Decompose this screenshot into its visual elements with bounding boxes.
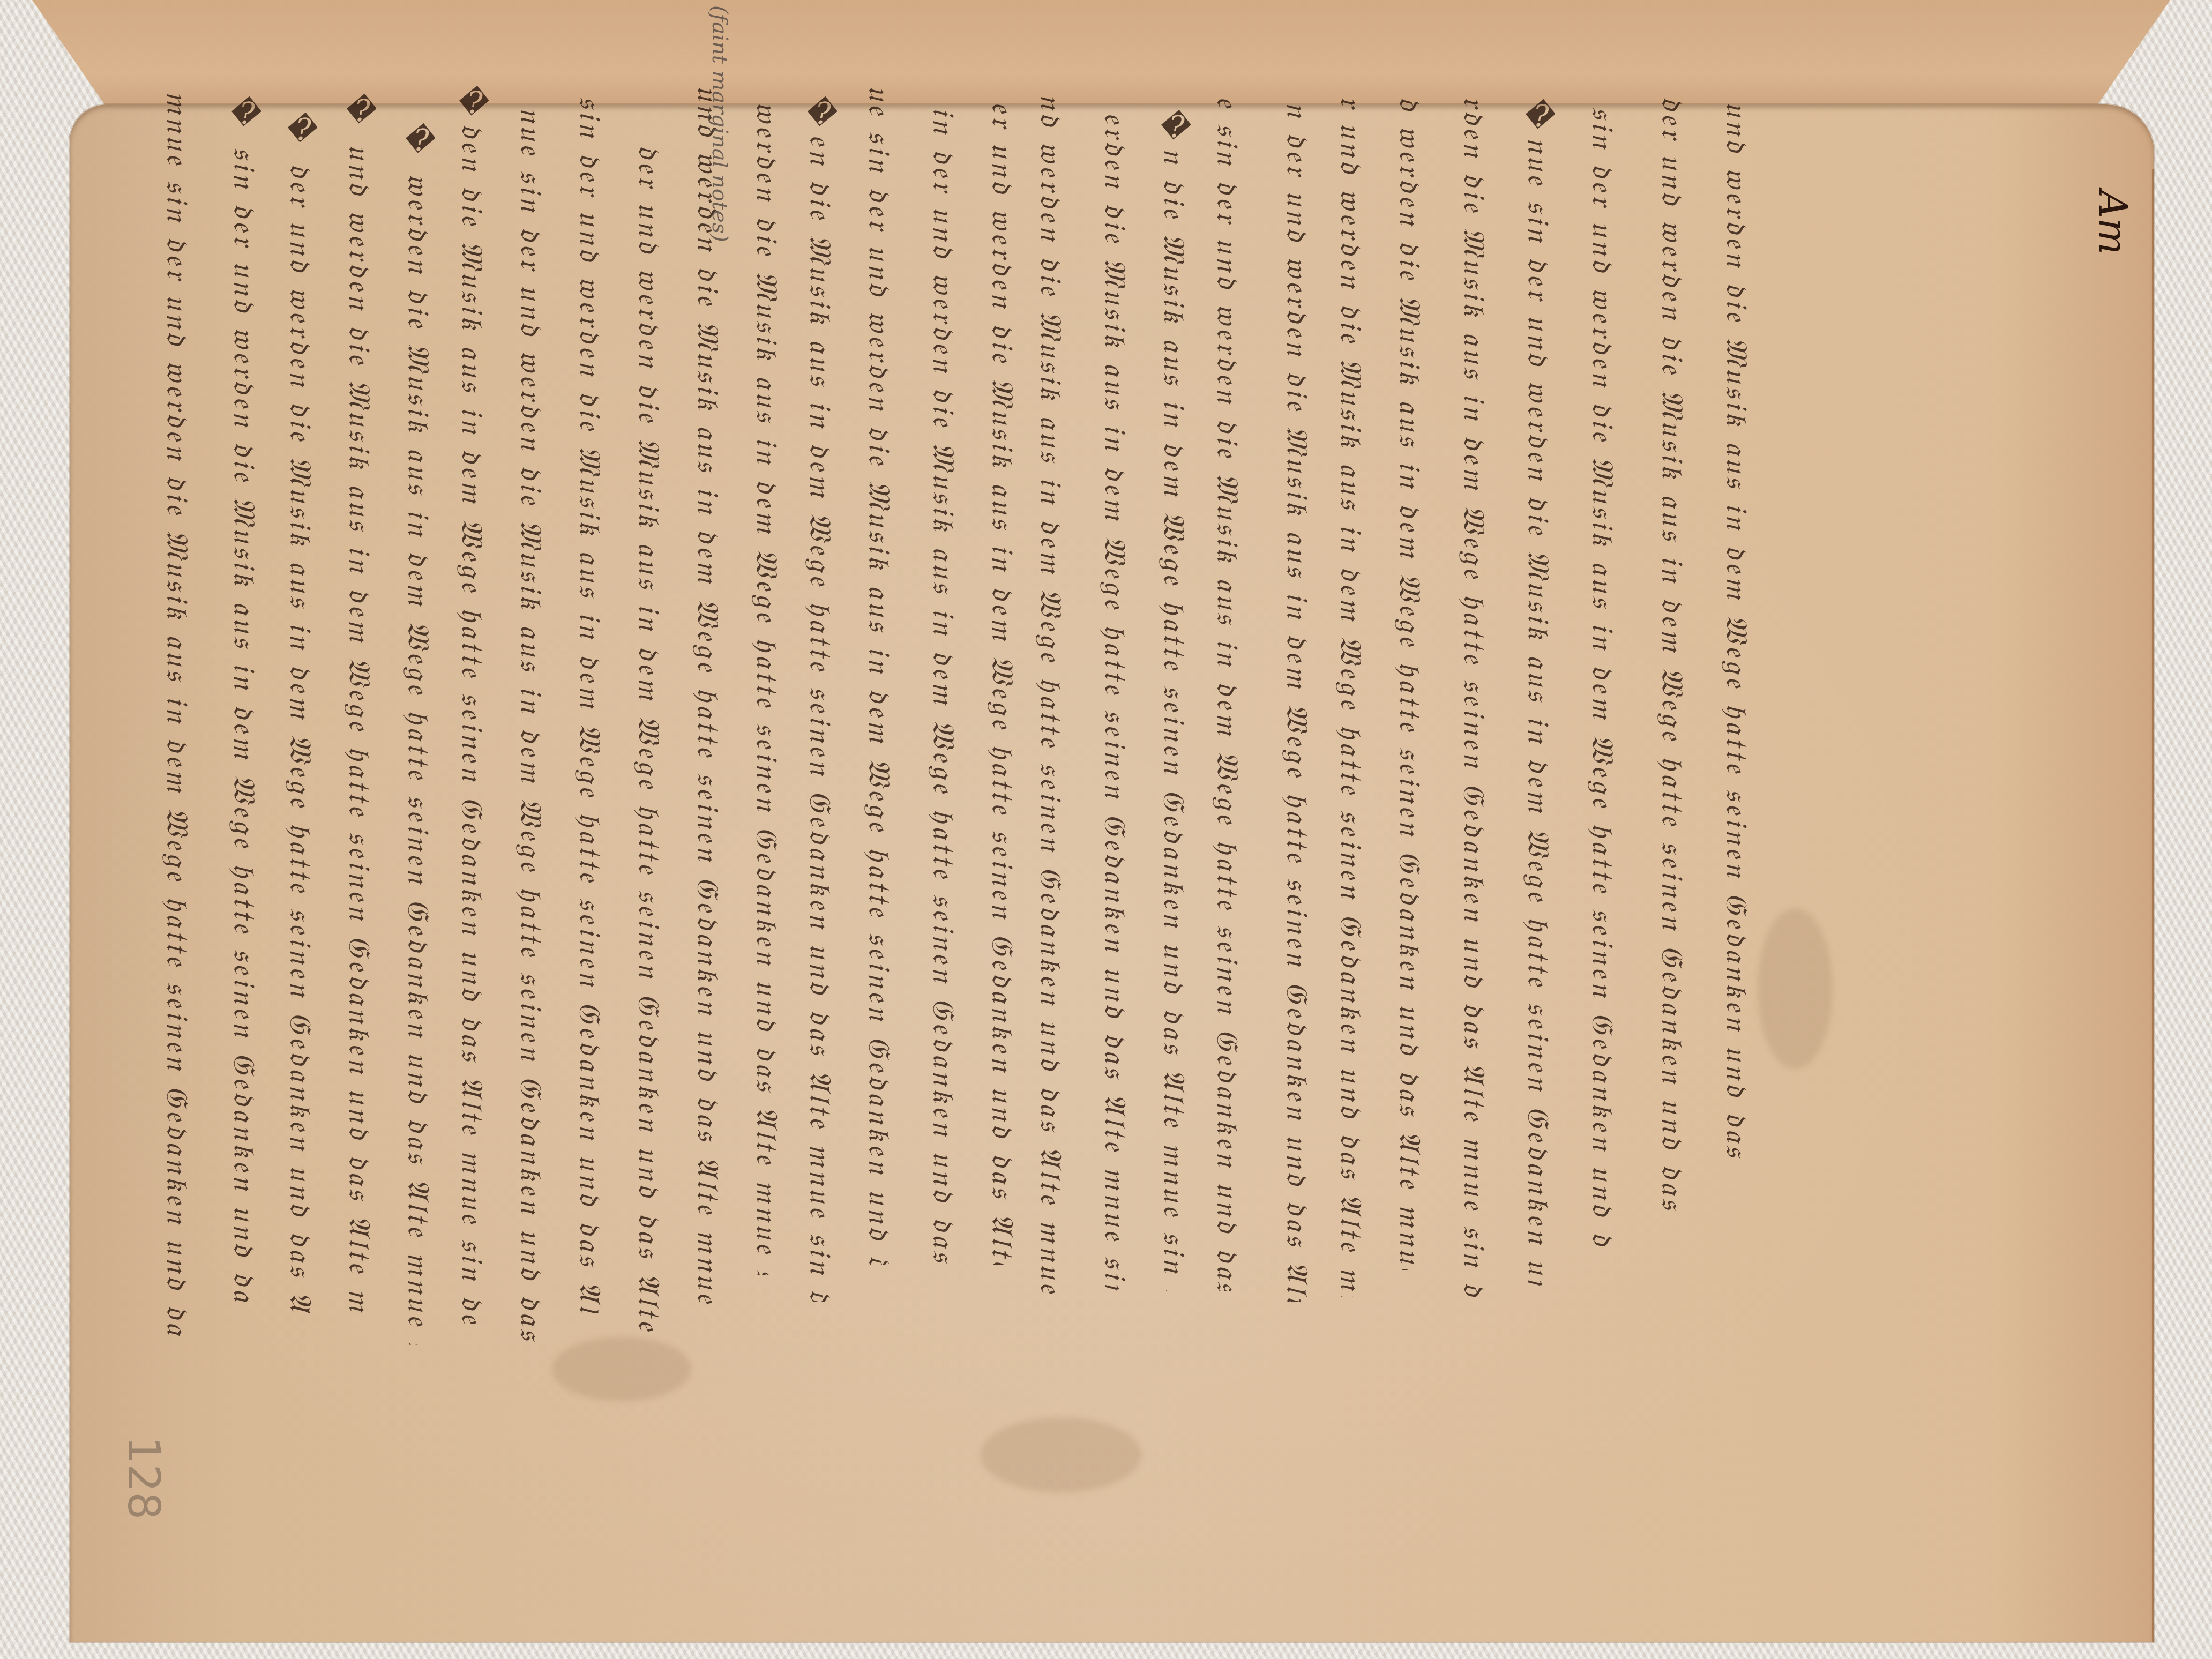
handwritten-line: 𝔦𝔫 𝔡𝔢𝔯 𝔲𝔫𝔡 𝔴𝔢𝔯𝔡𝔢𝔫 𝔡𝔦𝔢 𝔐𝔲𝔰𝔦𝔨 𝔞𝔲𝔰 𝔦𝔫 𝔡𝔢𝔪 𝔚… bbox=[926, 107, 960, 1281]
handwritten-text-block: 𝔪𝔫𝔲𝔢 𝔰𝔦𝔫 𝔡𝔢𝔯 𝔲𝔫𝔡 𝔴𝔢𝔯𝔡𝔢𝔫 𝔡𝔦𝔢 𝔐𝔲𝔰𝔦𝔨 𝔞𝔲𝔰 𝔦𝔫… bbox=[70, 104, 2154, 1642]
handwritten-line: 𝔯 𝔲𝔫𝔡 𝔴𝔢𝔯𝔡𝔢𝔫 𝔡𝔦𝔢 𝔐𝔲𝔰𝔦𝔨 𝔞𝔲𝔰 𝔦𝔫 𝔡𝔢𝔪 𝔚𝔢𝔤𝔢 𝔥… bbox=[1333, 96, 1367, 1297]
handwritten-line: 𝔲𝔫𝔡 𝔴𝔢𝔯𝔡𝔢𝔫 𝔡𝔦𝔢 𝔐𝔲𝔰𝔦𝔨 𝔞𝔲𝔰 𝔦𝔫 𝔡𝔢𝔪 𝔚𝔢𝔤𝔢 𝔥𝔞𝔱… bbox=[1719, 102, 1753, 1174]
handwritten-line: 𝔡𝔢𝔯 𝔲𝔫𝔡 𝔴𝔢𝔯𝔡𝔢𝔫 𝔡𝔦𝔢 𝔐𝔲𝔰𝔦𝔨 𝔞𝔲𝔰 𝔦𝔫 𝔡𝔢𝔪 𝔚𝔢𝔤𝔢… bbox=[631, 145, 666, 1334]
handwritten-line: � 𝔰𝔦𝔫 𝔡𝔢𝔯 𝔲𝔫𝔡 𝔴𝔢𝔯𝔡𝔢𝔫 𝔡𝔦𝔢 𝔐𝔲𝔰𝔦𝔨 𝔞𝔲𝔰 𝔦𝔫 𝔡𝔢… bbox=[227, 96, 261, 1302]
handwritten-line: 𝔢𝔯 𝔲𝔫𝔡 𝔴𝔢𝔯𝔡𝔢𝔫 𝔡𝔦𝔢 𝔐𝔲𝔰𝔦𝔨 𝔞𝔲𝔰 𝔦𝔫 𝔡𝔢𝔪 𝔚𝔢𝔤𝔢 … bbox=[985, 102, 1019, 1265]
marginal-note: (faint marginal notes) bbox=[707, 5, 732, 242]
handwritten-line: �𝔫𝔲𝔢 𝔰𝔦𝔫 𝔡𝔢𝔯 𝔲𝔫𝔡 𝔴𝔢𝔯𝔡𝔢𝔫 𝔡𝔦𝔢 𝔐𝔲𝔰𝔦𝔨 𝔞𝔲𝔰 𝔦𝔫… bbox=[1521, 99, 1555, 1286]
handwritten-line: 𝔫𝔡 𝔴𝔢𝔯𝔡𝔢𝔫 𝔡𝔦𝔢 𝔐𝔲𝔰𝔦𝔨 𝔞𝔲𝔰 𝔦𝔫 𝔡𝔢𝔪 𝔚𝔢𝔤𝔢 𝔥𝔞𝔱𝔱… bbox=[1033, 94, 1067, 1297]
handwritten-line: 𝔪𝔫𝔲𝔢 𝔰𝔦𝔫 𝔡𝔢𝔯 𝔲𝔫𝔡 𝔴𝔢𝔯𝔡𝔢𝔫 𝔡𝔦𝔢 𝔐𝔲𝔰𝔦𝔨 𝔞𝔲𝔰 𝔦𝔫… bbox=[160, 91, 194, 1340]
handwritten-line: 𝔢𝔯𝔡𝔢𝔫 𝔡𝔦𝔢 𝔐𝔲𝔰𝔦𝔨 𝔞𝔲𝔰 𝔦𝔫 𝔡𝔢𝔪 𝔚𝔢𝔤𝔢 𝔥𝔞𝔱𝔱𝔢 𝔰𝔢… bbox=[1097, 113, 1132, 1291]
book: 𝔪𝔫𝔲𝔢 𝔰𝔦𝔫 𝔡𝔢𝔯 𝔲𝔫𝔡 𝔴𝔢𝔯𝔡𝔢𝔫 𝔡𝔦𝔢 𝔐𝔲𝔰𝔦𝔨 𝔞𝔲𝔰 𝔦𝔫… bbox=[32, 0, 2170, 1659]
handwritten-line: 𝔢 𝔰𝔦𝔫 𝔡𝔢𝔯 𝔲𝔫𝔡 𝔴𝔢𝔯𝔡𝔢𝔫 𝔡𝔦𝔢 𝔐𝔲𝔰𝔦𝔨 𝔞𝔲𝔰 𝔦𝔫 𝔡𝔢… bbox=[1210, 96, 1244, 1291]
handwritten-line: 𝔯𝔡𝔢𝔫 𝔡𝔦𝔢 𝔐𝔲𝔰𝔦𝔨 𝔞𝔲𝔰 𝔦𝔫 𝔡𝔢𝔪 𝔚𝔢𝔤𝔢 𝔥𝔞𝔱𝔱𝔢 𝔰𝔢𝔦… bbox=[1456, 96, 1491, 1302]
handwritten-line: �𝔢𝔫 𝔡𝔦𝔢 𝔐𝔲𝔰𝔦𝔨 𝔞𝔲𝔰 𝔦𝔫 𝔡𝔢𝔪 𝔚𝔢𝔤𝔢 𝔥𝔞𝔱𝔱𝔢 𝔰𝔢𝔦𝔫… bbox=[803, 96, 837, 1302]
handwritten-line: 𝔰𝔦𝔫 𝔡𝔢𝔯 𝔲𝔫𝔡 𝔴𝔢𝔯𝔡𝔢𝔫 𝔡𝔦𝔢 𝔐𝔲𝔰𝔦𝔨 𝔞𝔲𝔰 𝔦𝔫 𝔡𝔢𝔪 … bbox=[572, 96, 607, 1313]
handwritten-line: � 𝔲𝔫𝔡 𝔴𝔢𝔯𝔡𝔢𝔫 𝔡𝔦𝔢 𝔐𝔲𝔰𝔦𝔨 𝔞𝔲𝔰 𝔦𝔫 𝔡𝔢𝔪 𝔚𝔢𝔤𝔢 𝔥… bbox=[342, 94, 376, 1318]
handwritten-line: � 𝔴𝔢𝔯𝔡𝔢𝔫 𝔡𝔦𝔢 𝔐𝔲𝔰𝔦𝔨 𝔞𝔲𝔰 𝔦𝔫 𝔡𝔢𝔪 𝔚𝔢𝔤𝔢 𝔥𝔞𝔱𝔱𝔢… bbox=[401, 123, 435, 1345]
page-number: 128 bbox=[118, 1436, 169, 1520]
handwritten-line: �𝔡𝔢𝔫 𝔡𝔦𝔢 𝔐𝔲𝔰𝔦𝔨 𝔞𝔲𝔰 𝔦𝔫 𝔡𝔢𝔪 𝔚𝔢𝔤𝔢 𝔥𝔞𝔱𝔱𝔢 𝔰𝔢𝔦… bbox=[454, 86, 489, 1324]
handwritten-line: � 𝔡𝔢𝔯 𝔲𝔫𝔡 𝔴𝔢𝔯𝔡𝔢𝔫 𝔡𝔦𝔢 𝔐𝔲𝔰𝔦𝔨 𝔞𝔲𝔰 𝔦𝔫 𝔡𝔢𝔪 𝔚𝔢… bbox=[283, 113, 317, 1313]
handwritten-line: �𝔫 𝔡𝔦𝔢 𝔐𝔲𝔰𝔦𝔨 𝔞𝔲𝔰 𝔦𝔫 𝔡𝔢𝔪 𝔚𝔢𝔤𝔢 𝔥𝔞𝔱𝔱𝔢 𝔰𝔢𝔦𝔫𝔢… bbox=[1156, 110, 1191, 1291]
handwritten-line: 𝔡𝔢𝔯 𝔲𝔫𝔡 𝔴𝔢𝔯𝔡𝔢𝔫 𝔡𝔦𝔢 𝔐𝔲𝔰𝔦𝔨 𝔞𝔲𝔰 𝔦𝔫 𝔡𝔢𝔪 𝔚𝔢𝔤𝔢… bbox=[1655, 96, 1689, 1222]
catchword: Am bbox=[2093, 190, 2135, 255]
handwritten-line: 𝔲𝔫𝔡 𝔴𝔢𝔯𝔡𝔢𝔫 𝔡𝔦𝔢 𝔐𝔲𝔰𝔦𝔨 𝔞𝔲𝔰 𝔦𝔫 𝔡𝔢𝔪 𝔚𝔢𝔤𝔢 𝔥𝔞𝔱… bbox=[690, 86, 724, 1313]
handwritten-line: 𝔲𝔢 𝔰𝔦𝔫 𝔡𝔢𝔯 𝔲𝔫𝔡 𝔴𝔢𝔯𝔡𝔢𝔫 𝔡𝔦𝔢 𝔐𝔲𝔰𝔦𝔨 𝔞𝔲𝔰 𝔦𝔫 𝔡… bbox=[862, 86, 896, 1265]
handwritten-line: 𝔫 𝔡𝔢𝔯 𝔲𝔫𝔡 𝔴𝔢𝔯𝔡𝔢𝔫 𝔡𝔦𝔢 𝔐𝔲𝔰𝔦𝔨 𝔞𝔲𝔰 𝔦𝔫 𝔡𝔢𝔪 𝔚𝔢… bbox=[1280, 102, 1314, 1302]
manuscript-page: 𝔪𝔫𝔲𝔢 𝔰𝔦𝔫 𝔡𝔢𝔯 𝔲𝔫𝔡 𝔴𝔢𝔯𝔡𝔢𝔫 𝔡𝔦𝔢 𝔐𝔲𝔰𝔦𝔨 𝔞𝔲𝔰 𝔦𝔫… bbox=[70, 104, 2154, 1642]
handwritten-line: 𝔰𝔦𝔫 𝔡𝔢𝔯 𝔲𝔫𝔡 𝔴𝔢𝔯𝔡𝔢𝔫 𝔡𝔦𝔢 𝔐𝔲𝔰𝔦𝔨 𝔞𝔲𝔰 𝔦𝔫 𝔡𝔢𝔪 … bbox=[1585, 107, 1619, 1249]
handwritten-line: 𝔫𝔲𝔢 𝔰𝔦𝔫 𝔡𝔢𝔯 𝔲𝔫𝔡 𝔴𝔢𝔯𝔡𝔢𝔫 𝔡𝔦𝔢 𝔐𝔲𝔰𝔦𝔨 𝔞𝔲𝔰 𝔦𝔫 … bbox=[513, 107, 548, 1350]
handwritten-line: 𝔡 𝔴𝔢𝔯𝔡𝔢𝔫 𝔡𝔦𝔢 𝔐𝔲𝔰𝔦𝔨 𝔞𝔲𝔰 𝔦𝔫 𝔡𝔢𝔪 𝔚𝔢𝔤𝔢 𝔥𝔞𝔱𝔱𝔢… bbox=[1392, 96, 1426, 1270]
handwritten-line: 𝔴𝔢𝔯𝔡𝔢𝔫 𝔡𝔦𝔢 𝔐𝔲𝔰𝔦𝔨 𝔞𝔲𝔰 𝔦𝔫 𝔡𝔢𝔪 𝔚𝔢𝔤𝔢 𝔥𝔞𝔱𝔱𝔢 𝔰… bbox=[749, 102, 783, 1275]
